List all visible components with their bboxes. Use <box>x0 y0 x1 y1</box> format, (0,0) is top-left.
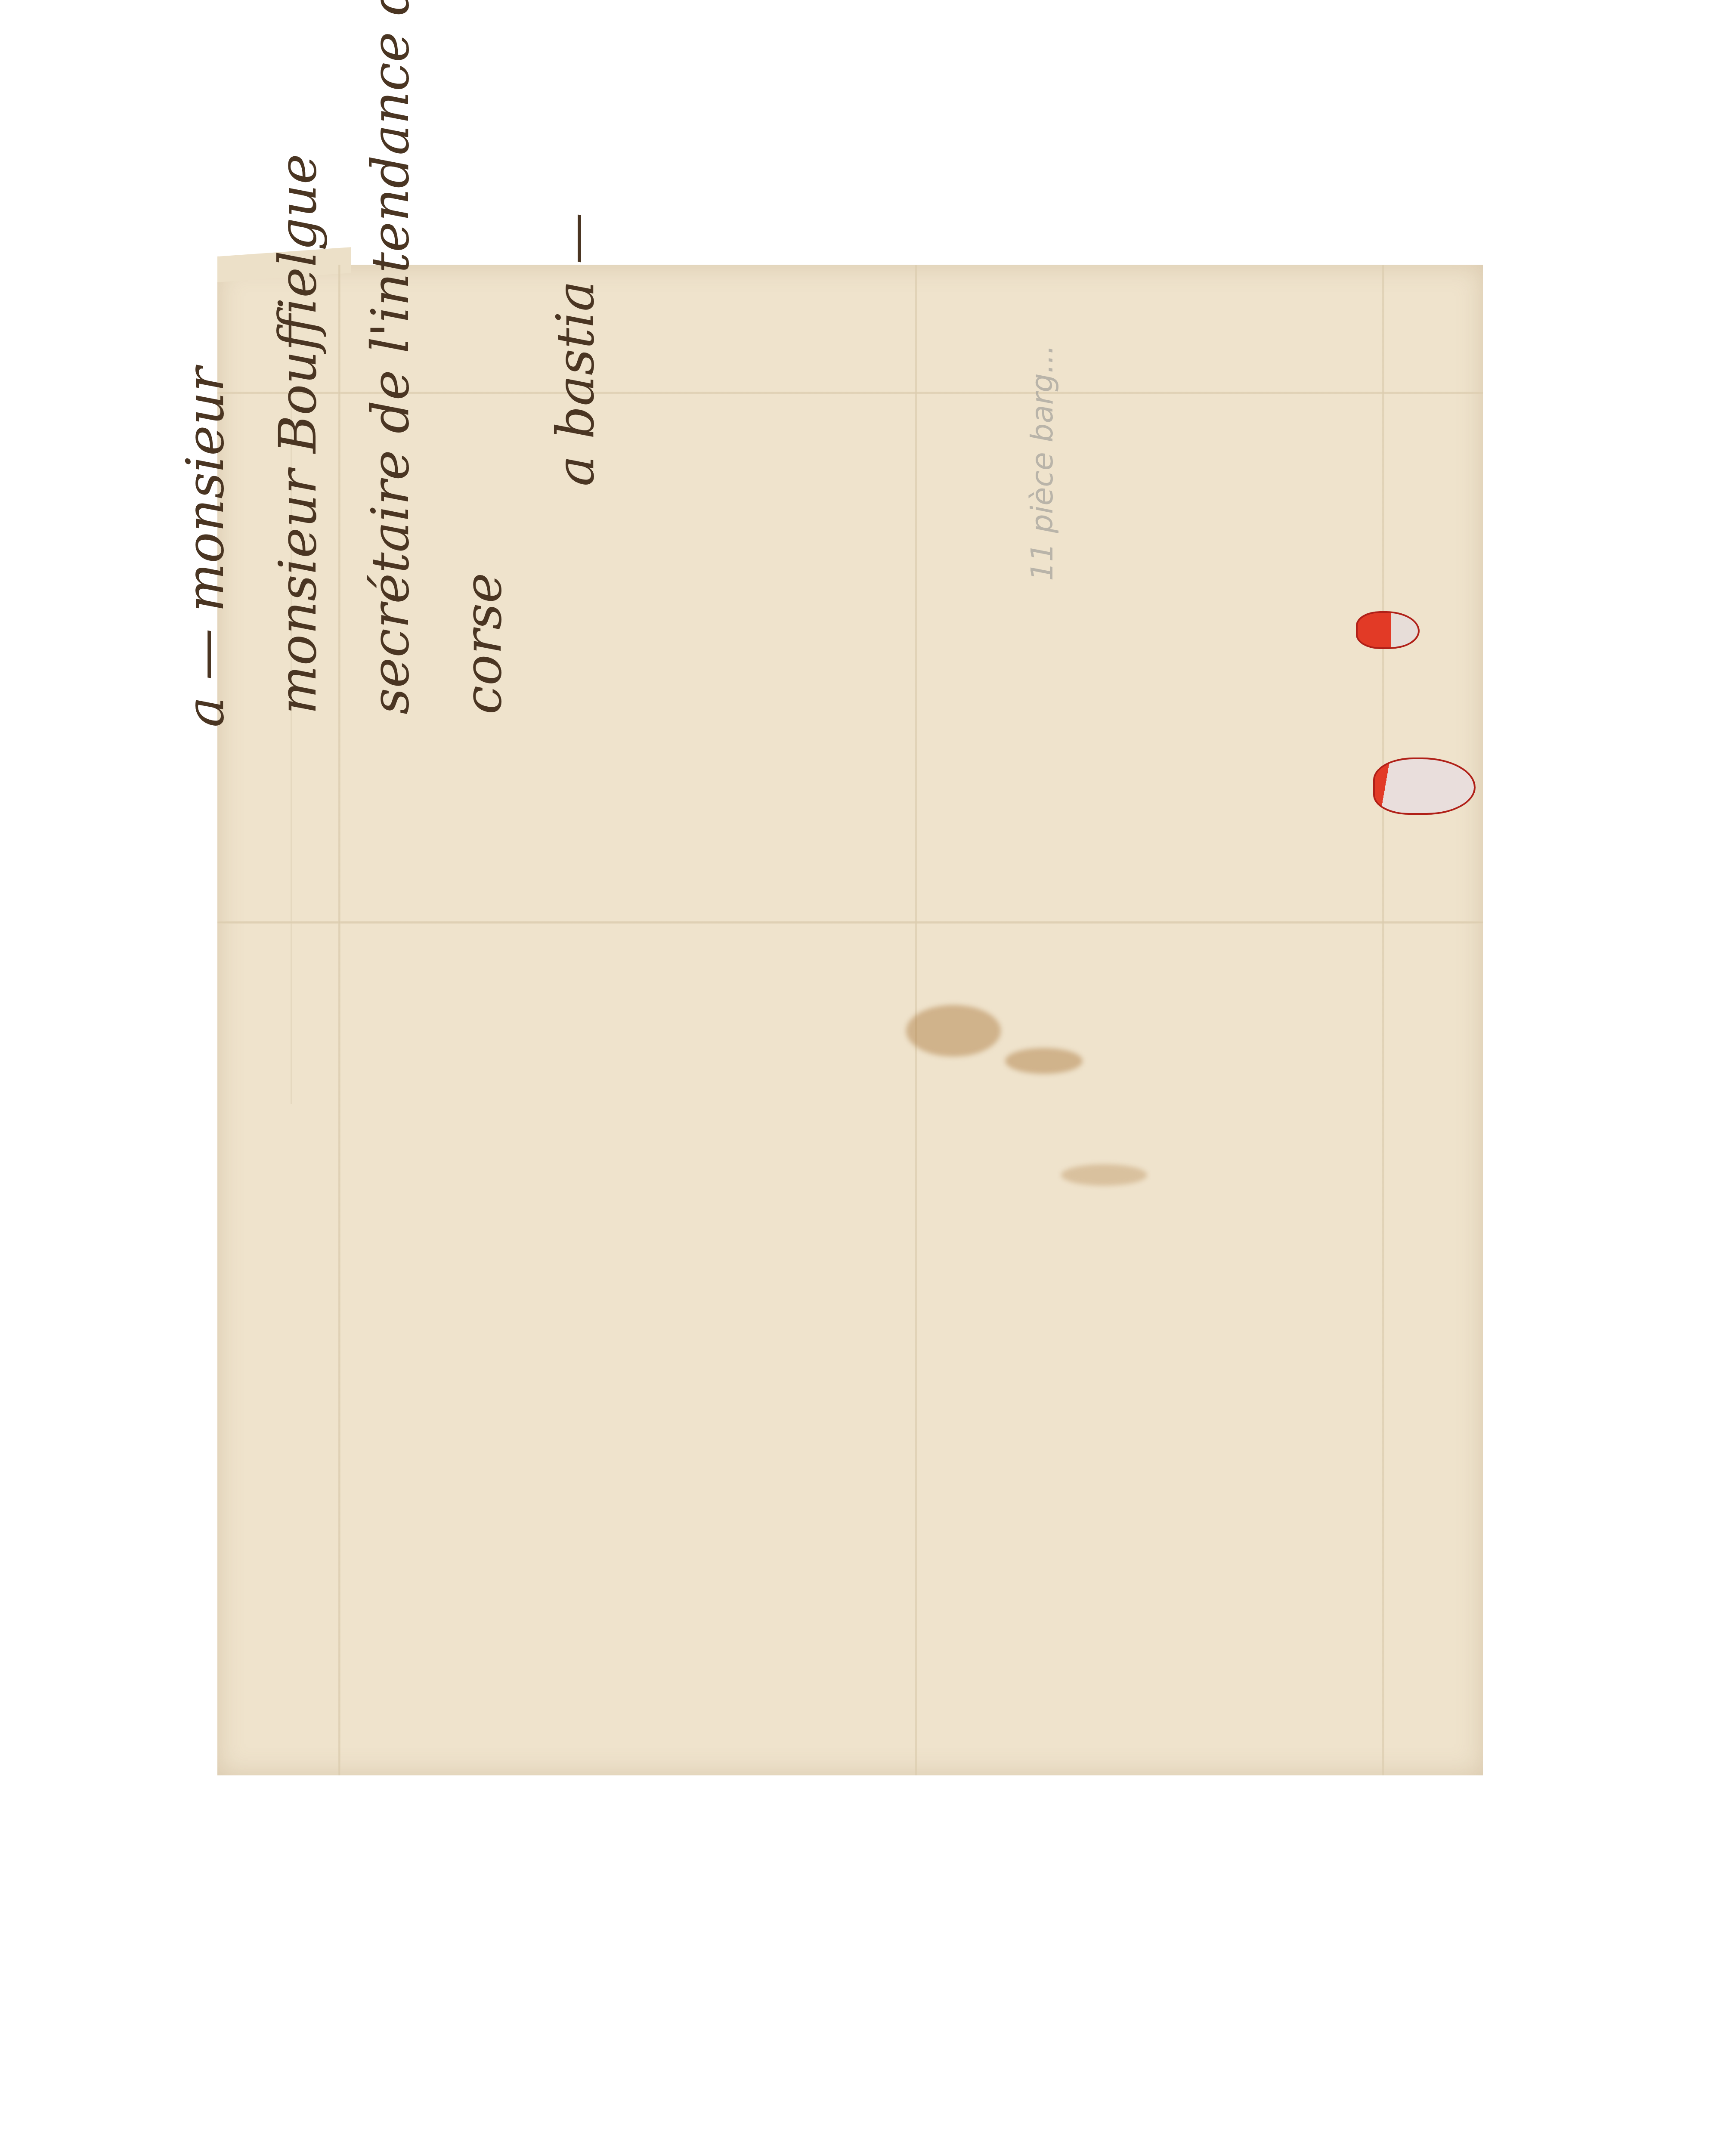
address-line: secrétaire de l'intendance de <box>344 0 437 727</box>
fold-line-right <box>1382 265 1384 1775</box>
wax-seal-icon <box>1373 758 1476 815</box>
address-line: monsieur Bouffielgue <box>252 0 344 727</box>
water-stain <box>1005 1048 1083 1074</box>
address-line: a bastia — <box>529 0 622 727</box>
water-stain <box>1061 1164 1147 1186</box>
address-line: a — monsieur <box>159 0 252 727</box>
water-stain <box>906 1005 1001 1057</box>
fold-line-middle <box>217 921 1483 924</box>
address-line: corse <box>437 0 529 727</box>
wax-seal-icon <box>1356 611 1420 649</box>
address-block: a — monsieur monsieur Bouffielgue secrét… <box>159 0 622 727</box>
pencil-note: 11 pièce barg... <box>1024 345 1060 581</box>
